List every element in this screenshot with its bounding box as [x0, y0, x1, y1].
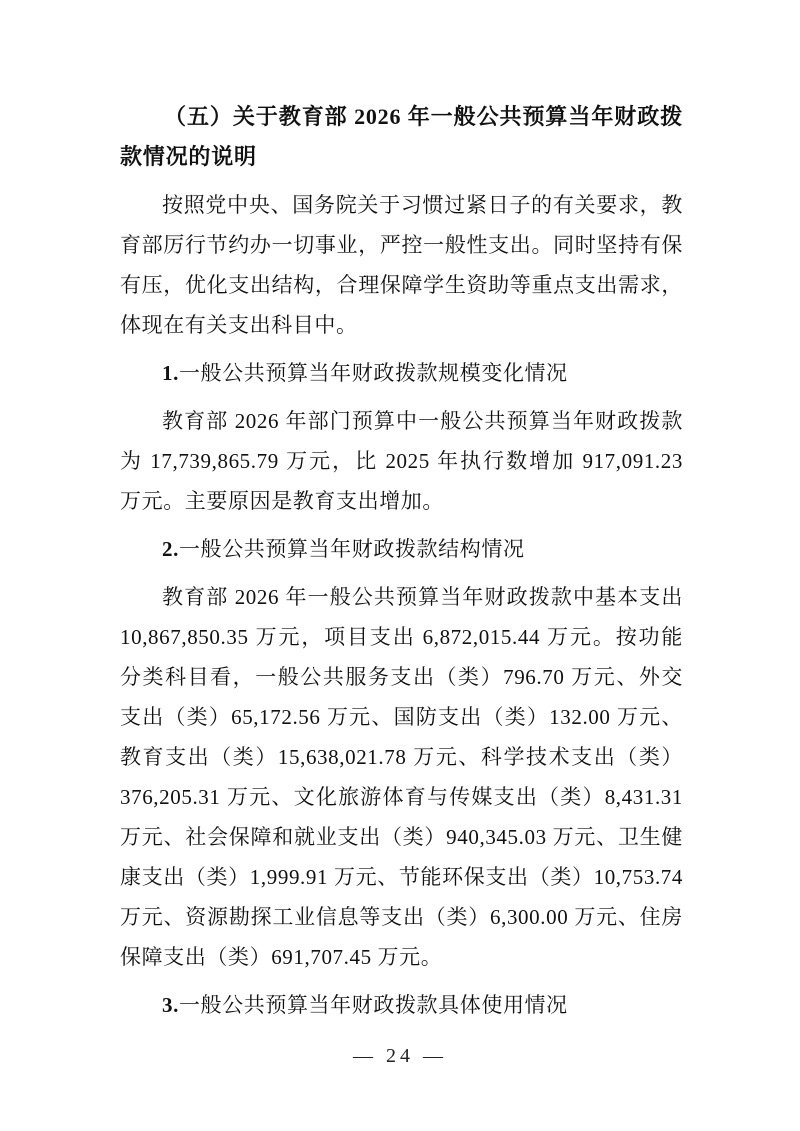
section-1-title: 一般公共预算当年财政拨款规模变化情况	[179, 361, 568, 385]
intro-paragraph: 按照党中央、国务院关于习惯过紧日子的有关要求，教育部厉行节约办一切事业，严控一般…	[120, 185, 683, 345]
section-3-number: 3.	[162, 993, 179, 1017]
section-2-paragraph: 教育部 2026 年一般公共预算当年财政拨款中基本支出 10,867,850.3…	[120, 577, 683, 977]
section-1-heading: 1.一般公共预算当年财政拨款规模变化情况	[120, 353, 683, 393]
section-1-number: 1.	[162, 361, 179, 385]
section-1-paragraph: 教育部 2026 年部门预算中一般公共预算当年财政拨款为 17,739,865.…	[120, 401, 683, 521]
section-3-title: 一般公共预算当年财政拨款具体使用情况	[179, 993, 568, 1017]
section-2-number: 2.	[162, 537, 179, 561]
section-2-title: 一般公共预算当年财政拨款结构情况	[179, 537, 525, 561]
document-heading: （五）关于教育部 2026 年一般公共预算当年财政拨款情况的说明	[120, 97, 683, 177]
document-body: （五）关于教育部 2026 年一般公共预算当年财政拨款情况的说明 按照党中央、国…	[120, 97, 683, 1025]
page-number: — 24 —	[0, 1042, 800, 1070]
section-2-heading: 2.一般公共预算当年财政拨款结构情况	[120, 529, 683, 569]
document-page: （五）关于教育部 2026 年一般公共预算当年财政拨款情况的说明 按照党中央、国…	[0, 0, 800, 1131]
section-3-heading: 3.一般公共预算当年财政拨款具体使用情况	[120, 985, 683, 1025]
